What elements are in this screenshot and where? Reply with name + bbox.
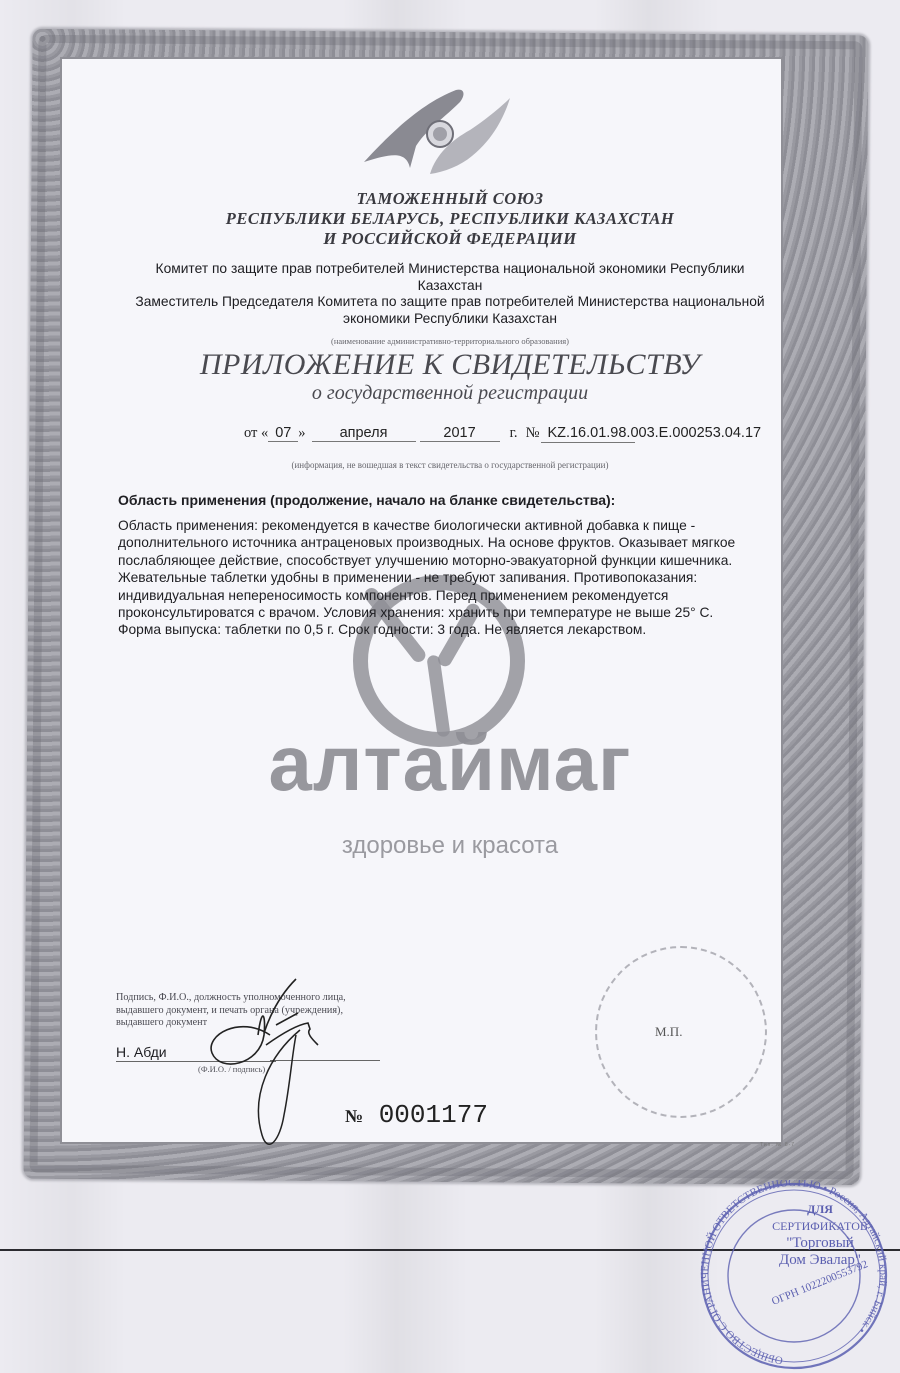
date-prefix: от «	[244, 425, 268, 441]
seal-placeholder-label: М.П.	[655, 1024, 682, 1040]
stamp-center-text: ДЛЯ СЕРТИФИКАТОВ "Торговый Дом Эвалар" О…	[760, 1201, 880, 1292]
scope-line: Область применения: рекомендуется в каче…	[118, 517, 798, 534]
info-caption: (информация, не вошедшая в текст свидете…	[150, 460, 750, 470]
year-suffix: г.	[510, 425, 518, 441]
serial-number: 0001177	[379, 1100, 488, 1130]
scope-line: послабляющее действие, способствует улуч…	[118, 552, 798, 569]
date-month: апреля	[312, 425, 416, 442]
date-year: 2017	[420, 425, 500, 442]
serial-sign: №	[345, 1106, 363, 1126]
union-title-line-3: И РОССИЙСКОЙ ФЕДЕРАЦИИ	[150, 228, 750, 249]
scope-heading: Область применения (продолжение, начало …	[118, 492, 615, 508]
annex-subtitle: о государственной регистрации	[150, 382, 750, 405]
scope-body: Область применения: рекомендуется в каче…	[118, 517, 798, 639]
union-title-line-1: ТАМОЖЕННЫЙ СОЮЗ	[150, 188, 750, 209]
watermark-brand: алтаймаг	[180, 718, 720, 809]
watermark-tagline: здоровье и красота	[250, 832, 650, 860]
handwritten-signature-icon	[200, 975, 340, 1165]
number-sign: №	[526, 425, 540, 441]
authority-line-3: Заместитель Председателя Комитета по защ…	[90, 293, 810, 311]
stamp-line: СЕРТИФИКАТОВ	[760, 1218, 880, 1235]
scope-line: Форма выпуска: таблетки по 0,5 г. Срок г…	[118, 621, 798, 638]
document-content: ТАМОЖЕННЫЙ СОЮЗ РЕСПУБЛИКИ БЕЛАРУСЬ, РЕС…	[0, 0, 900, 1373]
date-day: 07	[268, 425, 298, 442]
scope-line: дополнительного источника антраценовых п…	[118, 534, 798, 551]
scope-line: индивидуальная непереносимость компонент…	[118, 587, 798, 604]
registration-number-underline	[541, 442, 635, 443]
stamp-line: "Торговый	[760, 1235, 880, 1252]
date-quote-close: »	[298, 425, 305, 441]
registration-number-text: KZ.16.01.98.003.E.000253.04.17	[547, 425, 761, 441]
union-title-line-2: РЕСПУБЛИКИ БЕЛАРУСЬ, РЕСПУБЛИКИ КАЗАХСТА…	[150, 208, 750, 229]
form-serial-number: № 0001177	[345, 1100, 488, 1130]
print-code: Тип. № 8-7	[760, 1142, 795, 1148]
annex-title: ПРИЛОЖЕНИЕ К СВИДЕТЕЛЬСТВУ	[150, 348, 750, 382]
authority-line-1: Комитет по защите прав потребителей Мини…	[90, 260, 810, 278]
scope-line: проконсультироватся с врачом. Условия хр…	[118, 604, 798, 621]
stamp-line: ДЛЯ	[760, 1201, 880, 1218]
scope-line: Жевательные таблетки удобны в применении…	[118, 569, 798, 586]
authority-line-4: экономики Республики Казахстан	[90, 310, 810, 328]
date-number-line: от «07»апреля 2017 г. № KZ.16.01.98.003.…	[244, 425, 761, 442]
registration-number: KZ.16.01.98.003.E.000253.04.17	[547, 425, 761, 441]
authority-caption: (наименование административно-территориа…	[150, 336, 750, 346]
customs-union-emblem-icon	[360, 84, 520, 176]
